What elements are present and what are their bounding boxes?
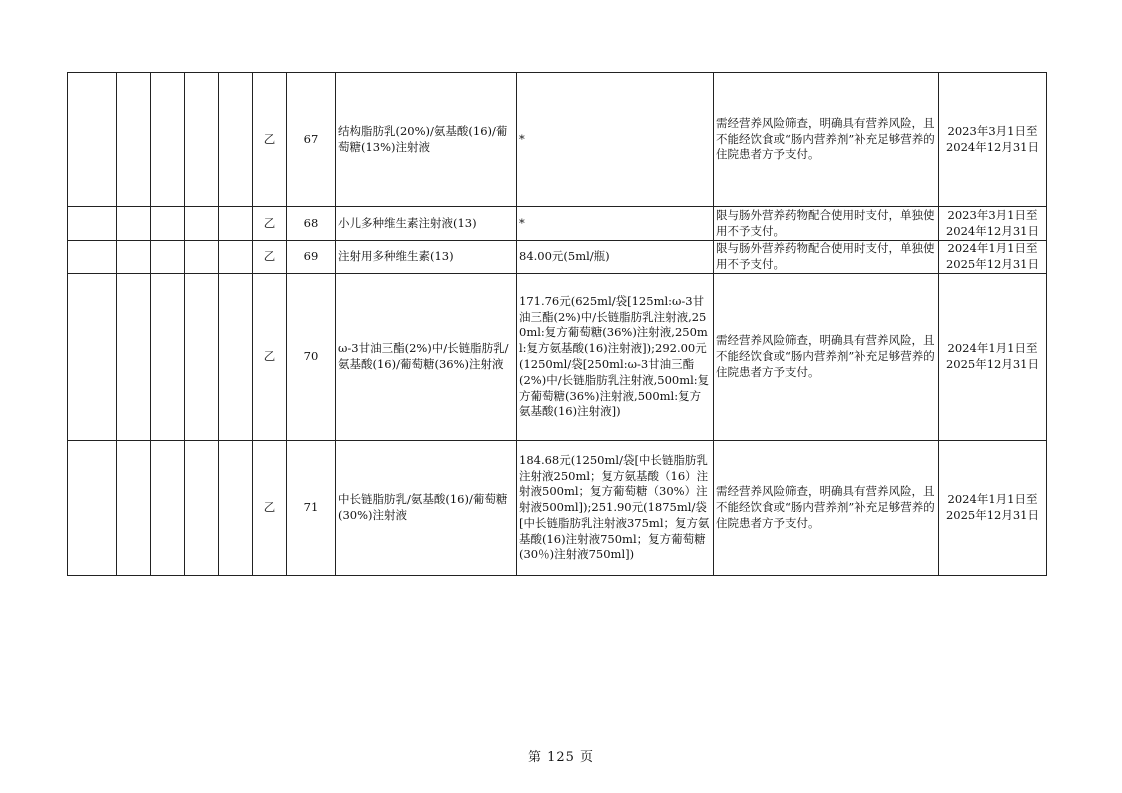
price-cell: * [517,207,714,241]
drug-list-table: 乙 67 结构脂肪乳(20%)/氨基酸(16)/葡萄糖(13%)注射液 * 需经… [67,72,1047,576]
empty-cell [68,241,117,274]
restriction-cell: 需经营养风险筛查，明确具有营养风险，且不能经饮食或“肠内营养剂”补充足够营养的住… [714,73,939,207]
table-row: 乙 69 注射用多种维生素(13) 84.00元(5ml/瓶) 限与肠外营养药物… [68,241,1047,274]
period-start: 2024年1月1日至 [941,492,1044,508]
period-end: 2025年12月31日 [941,357,1044,373]
category-cell: 乙 [253,207,287,241]
drug-name-cell: 注射用多种维生素(13) [336,241,517,274]
empty-cell [219,241,253,274]
empty-cell [117,441,151,576]
table-row: 乙 70 ω-3甘油三酯(2%)中/长链脂肪乳/氨基酸(16)/葡萄糖(36%)… [68,274,1047,441]
table-row: 乙 68 小儿多种维生素注射液(13) * 限与肠外营养药物配合使用时支付，单独… [68,207,1047,241]
category-cell: 乙 [253,441,287,576]
empty-cell [68,441,117,576]
empty-cell [117,241,151,274]
drug-name-cell: 结构脂肪乳(20%)/氨基酸(16)/葡萄糖(13%)注射液 [336,73,517,207]
empty-cell [185,207,219,241]
drug-name-cell: 中长链脂肪乳/氨基酸(16)/葡萄糖(30%)注射液 [336,441,517,576]
empty-cell [151,207,185,241]
validity-period-cell: 2023年3月1日至 2024年12月31日 [939,207,1047,241]
period-start: 2024年1月1日至 [941,341,1044,357]
restriction-cell: 限与肠外营养药物配合使用时支付，单独使用不予支付。 [714,241,939,274]
drug-name-cell: ω-3甘油三酯(2%)中/长链脂肪乳/氨基酸(16)/葡萄糖(36%)注射液 [336,274,517,441]
number-cell: 68 [287,207,336,241]
document-page: 乙 67 结构脂肪乳(20%)/氨基酸(16)/葡萄糖(13%)注射液 * 需经… [0,0,1122,793]
period-start: 2024年1月1日至 [941,241,1044,257]
period-start: 2023年3月1日至 [941,208,1044,224]
empty-cell [185,441,219,576]
number-cell: 67 [287,73,336,207]
table-row: 乙 71 中长链脂肪乳/氨基酸(16)/葡萄糖(30%)注射液 184.68元(… [68,441,1047,576]
empty-cell [185,274,219,441]
empty-cell [117,274,151,441]
period-end: 2024年12月31日 [941,224,1044,240]
price-cell: 184.68元(1250ml/袋[中长链脂肪乳注射液250ml；复方氨基酸（16… [517,441,714,576]
period-end: 2025年12月31日 [941,257,1044,273]
period-end: 2025年12月31日 [941,508,1044,524]
category-cell: 乙 [253,241,287,274]
empty-cell [117,73,151,207]
page-number: 第 125 页 [0,746,1122,765]
number-cell: 71 [287,441,336,576]
restriction-cell: 限与肠外营养药物配合使用时支付，单独使用不予支付。 [714,207,939,241]
validity-period-cell: 2023年3月1日至 2024年12月31日 [939,73,1047,207]
empty-cell [219,441,253,576]
validity-period-cell: 2024年1月1日至 2025年12月31日 [939,274,1047,441]
restriction-cell: 需经营养风险筛查，明确具有营养风险，且不能经饮食或“肠内营养剂”补充足够营养的住… [714,441,939,576]
empty-cell [219,274,253,441]
category-cell: 乙 [253,73,287,207]
empty-cell [151,274,185,441]
validity-period-cell: 2024年1月1日至 2025年12月31日 [939,441,1047,576]
restriction-cell: 需经营养风险筛查，明确具有营养风险，且不能经饮食或“肠内营养剂”补充足够营养的住… [714,274,939,441]
price-cell: * [517,73,714,207]
validity-period-cell: 2024年1月1日至 2025年12月31日 [939,241,1047,274]
empty-cell [219,73,253,207]
empty-cell [151,441,185,576]
number-cell: 69 [287,241,336,274]
period-end: 2024年12月31日 [941,140,1044,156]
empty-cell [185,241,219,274]
empty-cell [151,241,185,274]
empty-cell [185,73,219,207]
period-start: 2023年3月1日至 [941,124,1044,140]
table-row: 乙 67 结构脂肪乳(20%)/氨基酸(16)/葡萄糖(13%)注射液 * 需经… [68,73,1047,207]
empty-cell [68,73,117,207]
empty-cell [68,207,117,241]
empty-cell [219,207,253,241]
number-cell: 70 [287,274,336,441]
price-cell: 171.76元(625ml/袋[125ml:ω-3甘油三酯(2%)中/长链脂肪乳… [517,274,714,441]
empty-cell [151,73,185,207]
empty-cell [68,274,117,441]
empty-cell [117,207,151,241]
category-cell: 乙 [253,274,287,441]
drug-name-cell: 小儿多种维生素注射液(13) [336,207,517,241]
price-cell: 84.00元(5ml/瓶) [517,241,714,274]
